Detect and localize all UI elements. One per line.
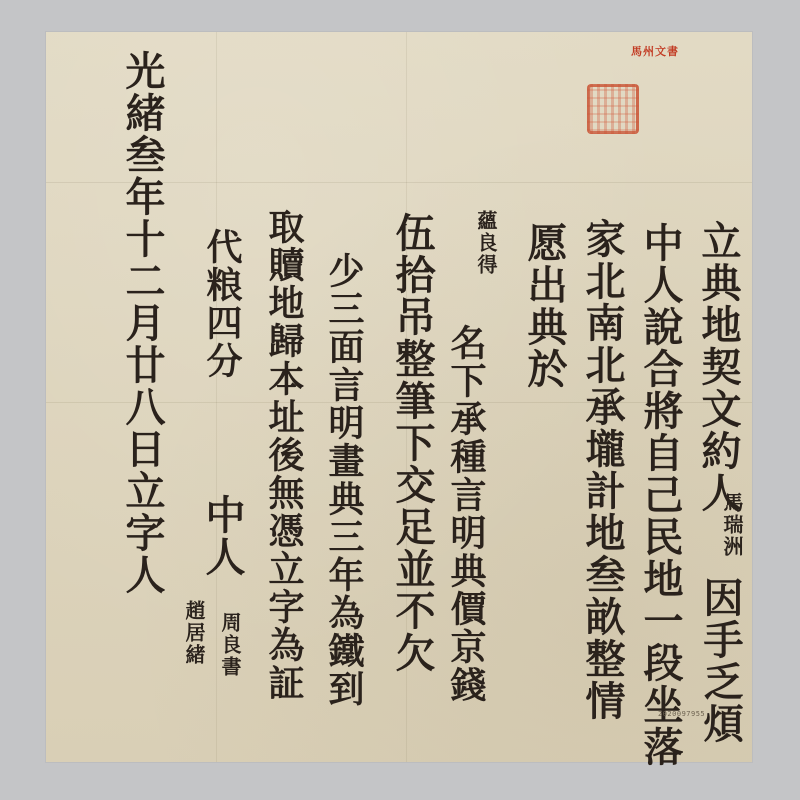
text-column: 因手乏煩	[700, 577, 740, 745]
contract-title-column: 立典地契文約人	[698, 220, 738, 514]
collection-stamp: 馬州文書	[631, 46, 679, 57]
text-column: 中人說合將自己民地一段坐落	[640, 222, 680, 768]
document-paper: 馬州文書 立典地契文約人 馬瑞洲 因手乏煩 中人說合將自己民地一段坐落 家北南北…	[46, 32, 752, 762]
text-column: 取贖地歸本址後無憑立字為証	[266, 208, 302, 702]
scan-background: 馬州文書 立典地契文約人 馬瑞洲 因手乏煩 中人說合將自己民地一段坐落 家北南北…	[0, 0, 800, 800]
text-column: 愿出典於	[524, 222, 564, 390]
text-column: 伍拾吊整筆下交足並不欠	[392, 212, 432, 674]
pledgee-name: 蘊良得	[476, 210, 496, 276]
red-seal	[587, 84, 639, 134]
middleman-name-2: 周良書	[220, 612, 240, 678]
text-column: 少三面言明畫典三年為鐵到	[326, 252, 362, 708]
tax-note-column: 代粮四分	[204, 228, 240, 380]
text-column: 名下承種言明典價京錢	[448, 324, 484, 704]
fold-line	[216, 32, 217, 762]
catalog-number: 2020097955	[658, 710, 705, 718]
pledgor-name: 馬瑞洲	[722, 492, 742, 558]
text-column: 家北南北承壠計地叁畝整情	[582, 218, 622, 722]
date-signature-column: 光緒叁年十二月廿八日立字人	[122, 50, 162, 596]
middleman-name-1: 趙居緒	[184, 600, 204, 666]
middleman-label: 中人	[202, 494, 242, 578]
